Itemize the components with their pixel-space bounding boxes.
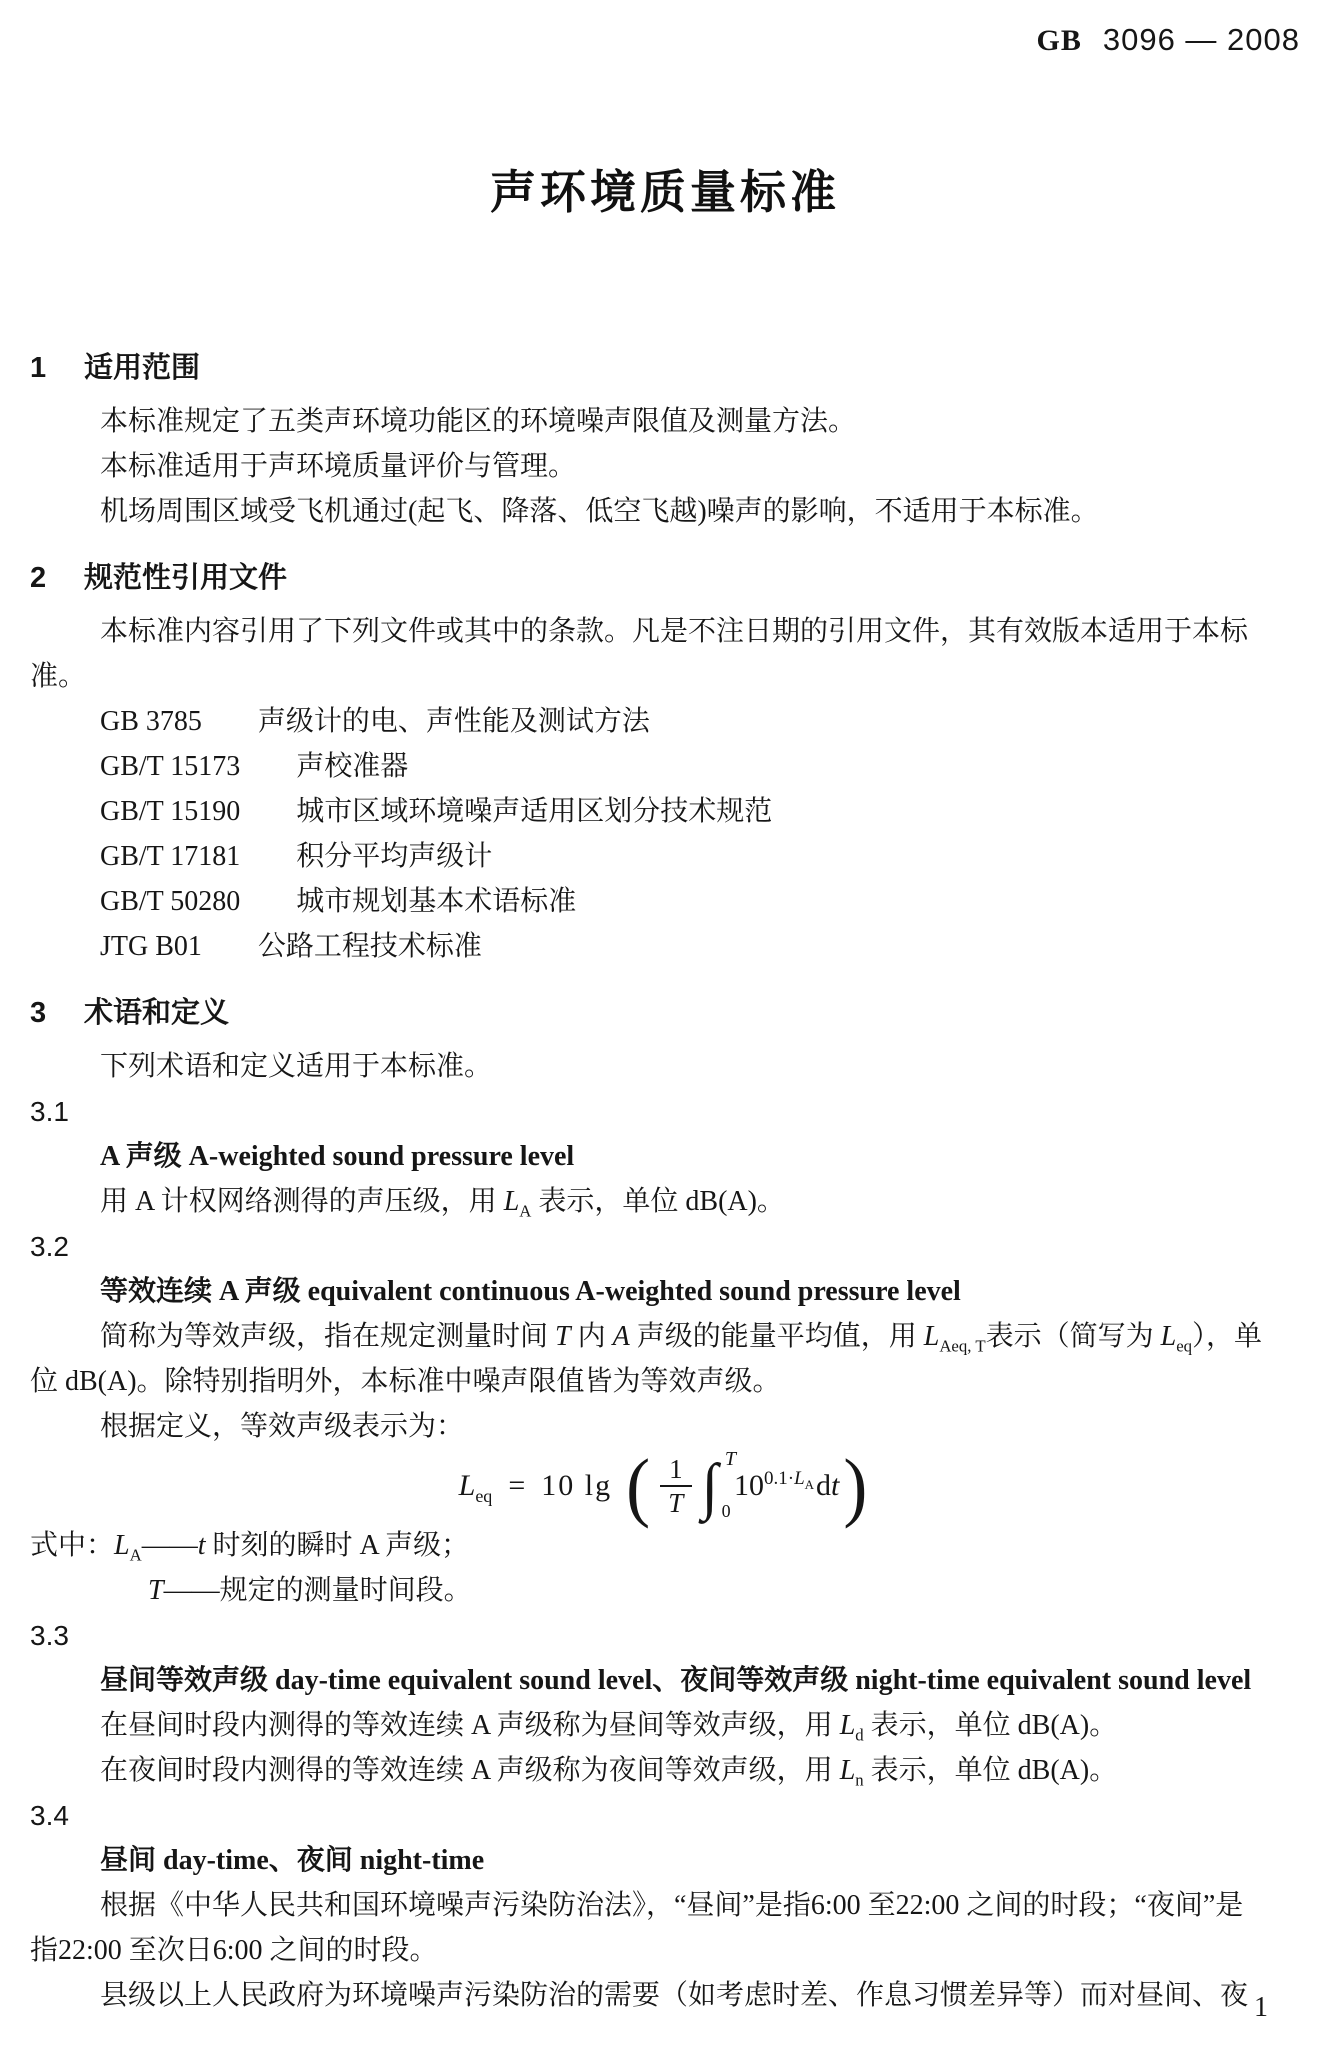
definition-text: 表示，单位 dB(A)。 <box>531 1186 785 1217</box>
power-term: 100.1·LA <box>734 1469 814 1503</box>
reference-item: GB/T 15190城市区域环境噪声适用区划分技术规范 <box>30 789 1300 834</box>
term-3-4-definition-line-2: 指22:00 至次日6:00 之间的时段。 <box>30 1928 1300 1973</box>
variable-subscript: d <box>855 1726 863 1745</box>
section-1-number: 1 <box>30 346 60 391</box>
variable-subscript: eq <box>475 1486 492 1506</box>
variable-subscript: A <box>130 1546 142 1565</box>
definition-text: 表示，单位 dB(A)。 <box>864 1755 1118 1786</box>
fraction-1-over-T: 1 T <box>660 1454 692 1518</box>
standard-code-number: 3096 — 2008 <box>1103 22 1300 57</box>
term-3-4-definition-line-3: 县级以上人民政府为环境噪声污染防治的需要（如考虑时差、作息习惯差异等）而对昼间、… <box>30 1973 1300 2018</box>
variable-LA: L <box>114 1530 130 1561</box>
paragraph-scope-2: 本标准适用于声环境质量评价与管理。 <box>30 444 1300 489</box>
integral-sign: ∫ <box>702 1455 718 1518</box>
variable-T: T <box>148 1575 164 1606</box>
where-description: 规定的测量时间段。 <box>220 1575 472 1606</box>
reference-title: 积分平均声级计 <box>296 841 492 872</box>
definition-text: 内 <box>571 1321 613 1352</box>
section-3-title: 术语和定义 <box>84 997 229 1029</box>
document-page: GB 3096 — 2008 声环境质量标准 1适用范围 本标准规定了五类声环境… <box>0 0 1330 2056</box>
reference-title: 城市区域环境噪声适用区划分技术规范 <box>296 796 772 827</box>
section-2-heading: 2规范性引用文件 <box>30 556 1300 601</box>
reference-title: 声校准器 <box>296 751 408 782</box>
reference-code: GB/T 15190 <box>100 796 240 827</box>
definition-text: 表示，单位 dB(A)。 <box>864 1710 1118 1741</box>
open-paren: ( <box>622 1450 654 1521</box>
integral-upper-limit: T <box>725 1448 736 1470</box>
section-2-number: 2 <box>30 556 60 601</box>
variable-subscript: Aeq, T <box>939 1337 985 1356</box>
definition-text: 声级的能量平均值，用 <box>630 1321 924 1352</box>
variable-Leq: L <box>459 1469 476 1502</box>
formula-coefficient: 10 lg <box>541 1469 612 1503</box>
reference-title: 公路工程技术标准 <box>258 931 482 962</box>
paragraph-refs-intro-1: 本标准内容引用了下列文件或其中的条款。凡是不注日期的引用文件，其有效版本适用于本… <box>30 609 1300 654</box>
paragraph-scope-1: 本标准规定了五类声环境功能区的环境噪声限值及测量方法。 <box>30 399 1300 444</box>
term-3-2-definition-line-3: 根据定义，等效声级表示为： <box>30 1404 1300 1449</box>
formula-lhs: Leq <box>459 1469 493 1503</box>
clause-3-3-number: 3.3 <box>30 1613 1300 1658</box>
clause-3-2-number: 3.2 <box>30 1224 1300 1269</box>
variable-subscript: n <box>855 1771 863 1790</box>
definition-text: 简称为等效声级，指在规定测量时间 <box>100 1321 555 1352</box>
term-3-3-heading: 昼间等效声级 day-time equivalent sound level、夜… <box>30 1658 1300 1703</box>
term-3-1-heading: A 声级 A-weighted sound pressure level <box>30 1134 1300 1179</box>
variable-LAeqT: L <box>924 1321 940 1352</box>
clause-3-4-number: 3.4 <box>30 1793 1300 1838</box>
section-2-title: 规范性引用文件 <box>84 562 287 594</box>
differential: dt <box>816 1469 839 1503</box>
variable-Leq: L <box>1161 1321 1177 1352</box>
section-1-title: 适用范围 <box>84 352 200 384</box>
where-label: 式中： <box>30 1530 114 1561</box>
definition-text: 在昼间时段内测得的等效连续 A 声级称为昼间等效声级，用 <box>100 1710 840 1741</box>
definition-text: 用 A 计权网络测得的声压级，用 <box>100 1186 504 1217</box>
dash: —— <box>164 1575 220 1606</box>
variable-subscript: eq <box>1176 1337 1192 1356</box>
term-3-2-heading: 等效连续 A 声级 equivalent continuous A-weight… <box>30 1269 1300 1314</box>
variable-Ld: L <box>840 1710 856 1741</box>
definition-text: 在夜间时段内测得的等效连续 A 声级称为夜间等效声级，用 <box>100 1755 840 1786</box>
exponent-subscript: A <box>805 1477 814 1492</box>
where-line-2: T——规定的测量时间段。 <box>30 1568 1300 1613</box>
clause-3-1-number: 3.1 <box>30 1089 1300 1134</box>
exponent-variable: L <box>794 1468 805 1489</box>
variable-t: t <box>198 1530 206 1561</box>
reference-item: JTG B01公路工程技术标准 <box>30 924 1300 969</box>
reference-code: JTG B01 <box>100 931 202 962</box>
reference-title: 城市规划基本术语标准 <box>296 886 576 917</box>
leq-formula: Leq = 10 lg ( 1 T ∫ T 0 100.1·LA dt ) <box>30 1451 1300 1521</box>
reference-item: GB/T 15173声校准器 <box>30 744 1300 789</box>
variable-Ln: L <box>840 1755 856 1786</box>
power-exponent: 0.1· <box>764 1468 794 1489</box>
paragraph-terms-intro: 下列术语和定义适用于本标准。 <box>30 1044 1300 1089</box>
standard-code-prefix: GB <box>1036 24 1081 57</box>
power-base: 10 <box>734 1469 764 1502</box>
doc-header: GB 3096 — 2008 <box>30 20 1300 60</box>
section-1-heading: 1适用范围 <box>30 346 1300 391</box>
term-3-4-heading: 昼间 day-time、夜间 night-time <box>30 1838 1300 1883</box>
close-paren: ) <box>839 1450 871 1521</box>
variable-subscript: A <box>519 1202 531 1221</box>
integral: ∫ T 0 <box>698 1456 734 1516</box>
variable-A: A <box>613 1321 630 1352</box>
differential-d: d <box>816 1469 831 1502</box>
reference-item: GB 3785声级计的电、声性能及测试方法 <box>30 699 1300 744</box>
term-3-4-definition-line-1: 根据《中华人民共和国环境噪声污染防治法》，“昼间”是指6:00 至22:00 之… <box>30 1883 1300 1928</box>
equals-sign: = <box>508 1469 525 1503</box>
reference-title: 声级计的电、声性能及测试方法 <box>258 706 650 737</box>
where-description: 时刻的瞬时 A 声级； <box>206 1530 470 1561</box>
reference-item: GB/T 17181积分平均声级计 <box>30 834 1300 879</box>
reference-code: GB/T 15173 <box>100 751 240 782</box>
doc-title: 声环境质量标准 <box>30 164 1300 220</box>
integral-lower-limit: 0 <box>722 1501 731 1522</box>
term-3-2-definition-line-2: 位 dB(A)。除特别指明外，本标准中噪声限值皆为等效声级。 <box>30 1359 1300 1404</box>
paragraph-scope-3: 机场周围区域受飞机通过(起飞、降落、低空飞越)噪声的影响，不适用于本标准。 <box>30 489 1300 534</box>
paragraph-refs-intro-2: 准。 <box>30 654 1300 699</box>
term-3-1-definition: 用 A 计权网络测得的声压级，用 LA 表示，单位 dB(A)。 <box>30 1179 1300 1224</box>
variable-T: T <box>555 1321 571 1352</box>
fraction-numerator: 1 <box>660 1454 692 1487</box>
section-3-number: 3 <box>30 991 60 1036</box>
definition-text: 表示（简写为 <box>986 1321 1161 1352</box>
reference-code: GB/T 17181 <box>100 841 240 872</box>
dash: —— <box>142 1530 198 1561</box>
section-3-heading: 3术语和定义 <box>30 991 1300 1036</box>
term-3-3-definition-line-1: 在昼间时段内测得的等效连续 A 声级称为昼间等效声级，用 Ld 表示，单位 dB… <box>30 1703 1300 1748</box>
page-number: 1 <box>1254 1992 1268 2024</box>
where-line-1: 式中：LA——t 时刻的瞬时 A 声级； <box>30 1523 1300 1568</box>
fraction-denominator: T <box>668 1488 683 1518</box>
variable-LA: L <box>504 1186 520 1217</box>
term-3-3-definition-line-2: 在夜间时段内测得的等效连续 A 声级称为夜间等效声级，用 Ln 表示，单位 dB… <box>30 1748 1300 1793</box>
reference-code: GB 3785 <box>100 706 202 737</box>
definition-text: ），单 <box>1192 1321 1262 1352</box>
differential-t: t <box>831 1469 839 1502</box>
term-3-2-definition-line-1: 简称为等效声级，指在规定测量时间 T 内 A 声级的能量平均值，用 LAeq, … <box>30 1314 1300 1359</box>
reference-code: GB/T 50280 <box>100 886 240 917</box>
reference-item: GB/T 50280城市规划基本术语标准 <box>30 879 1300 924</box>
